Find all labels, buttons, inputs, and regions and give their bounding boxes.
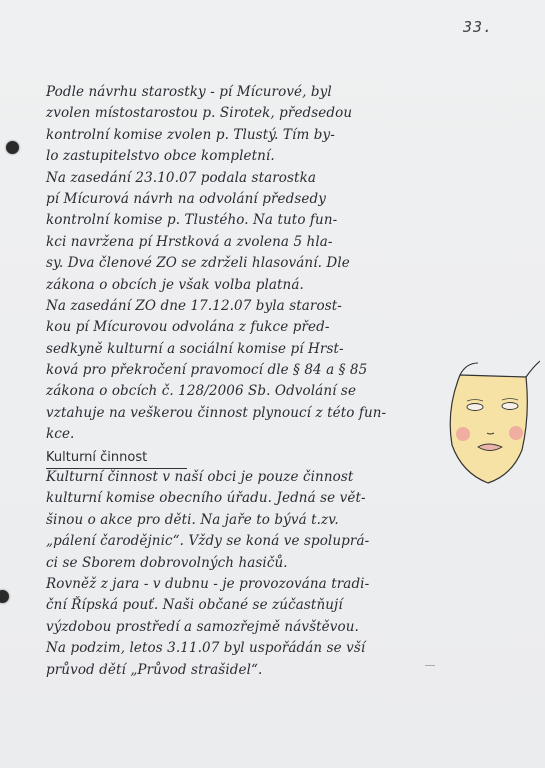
text-line: sedkyně kulturní a sociální komise pí Hr… (46, 339, 446, 360)
mask-strap-right (526, 361, 540, 377)
text-line: ková pro překročení pravomocí dle § 84 a… (46, 360, 446, 381)
text-line: Na zasedání 23.10.07 podala starostka (46, 168, 446, 189)
page-number: 33. (463, 18, 493, 36)
text-line: šinou o akce pro děti. Na jaře to bývá t… (46, 510, 446, 531)
mask-cheek-left (456, 427, 470, 441)
text-line: kou pí Mícurovou odvolána z fukce před- (46, 317, 446, 338)
text-line: výzdobou prostředí a samozřejmě návštěvo… (46, 617, 446, 638)
text-line: průvod dětí „Průvod strašidel“. (46, 660, 446, 681)
text-line: kce. (46, 424, 446, 445)
mask-cheek-right (509, 426, 523, 440)
punch-hole-bottom (0, 590, 9, 603)
mask-strap-left (460, 363, 478, 375)
text-line: pí Mícurová návrh na odvolání předsedy (46, 189, 446, 210)
text-line: zákona o obcích č. 128/2006 Sb. Odvolání… (46, 381, 446, 402)
section-heading-row: Kulturní činnost (46, 446, 446, 467)
text-line: Rovněž z jara - v dubnu - je provozována… (46, 574, 446, 595)
section-paragraph-2: Rovněž z jara - v dubnu - je provozována… (46, 574, 446, 638)
text-line: Kulturní činnost v naší obci je pouze či… (46, 467, 446, 488)
handwritten-text: Podle návrhu starostky - pí Mícurové, by… (46, 82, 446, 681)
mask-eye-right (502, 403, 518, 410)
text-line: sy. Dva členové ZO se zdrželi hlasování.… (46, 253, 446, 274)
text-line: kci navržena pí Hrstková a zvolena 5 hla… (46, 232, 446, 253)
paragraph-3: Na zasedání ZO dne 17.12.07 byla starost… (46, 296, 446, 446)
punch-hole-top (6, 141, 19, 154)
text-line: kontrolní komise p. Tlustého. Na tuto fu… (46, 210, 446, 231)
document-page: 33. Podle návrhu starostky - pí Mícurové… (0, 0, 545, 768)
text-line: „pálení čarodějnic“. Vždy se koná ve spo… (46, 531, 446, 552)
text-line: Na zasedání ZO dne 17.12.07 byla starost… (46, 296, 446, 317)
section-heading: Kulturní činnost (46, 449, 187, 469)
paragraph-1: Podle návrhu starostky - pí Mícurové, by… (46, 82, 446, 168)
text-line: zvolen místostarostou p. Sirotek, předse… (46, 103, 446, 124)
text-line: Podle návrhu starostky - pí Mícurové, by… (46, 82, 446, 103)
mask-illustration (440, 355, 540, 490)
text-line: zákona o obcích je však volba platná. (46, 275, 446, 296)
section-paragraph-1: Kulturní činnost v naší obci je pouze či… (46, 467, 446, 574)
text-line: kontrolní komise zvolen p. Tlustý. Tím b… (46, 125, 446, 146)
text-line: Na podzim, letos 3.11.07 byl uspořádán s… (46, 638, 446, 659)
text-line: kulturní komise obecního úřadu. Jedná se… (46, 488, 446, 509)
text-line: vztahuje na veškerou činnost plynoucí z … (46, 403, 446, 424)
page-mark (425, 665, 435, 666)
section-paragraph-3: Na podzim, letos 3.11.07 byl uspořádán s… (46, 638, 446, 681)
mask-eye-left (467, 404, 483, 411)
text-line: lo zastupitelstvo obce kompletní. (46, 146, 446, 167)
text-line: ční Řípská pouť. Naši občané se zúčastňu… (46, 595, 446, 616)
text-line: ci se Sborem dobrovolných hasičů. (46, 553, 446, 574)
paragraph-2: Na zasedání 23.10.07 podala starostka pí… (46, 168, 446, 296)
